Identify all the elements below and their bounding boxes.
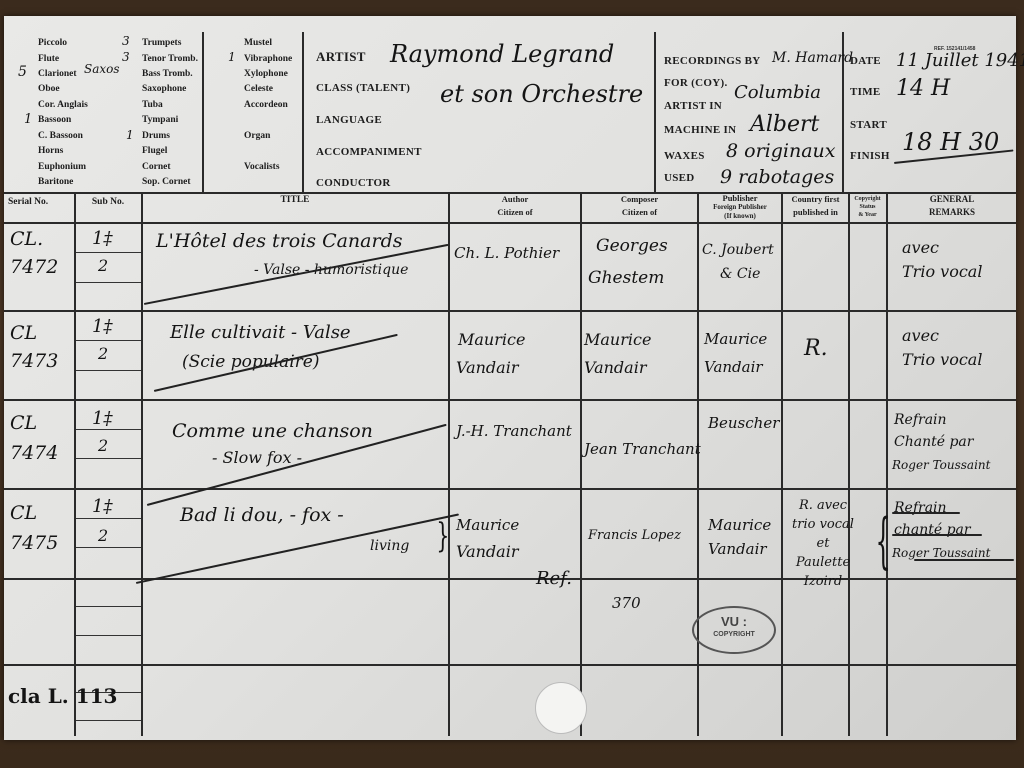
copyright-stamp: VU : COPYRIGHT (692, 606, 776, 654)
country-first-published: R. avec trio vocal et Paulette Izoird (790, 496, 856, 591)
remarks-line3: Roger Toussaint (892, 458, 990, 472)
header-publisher-line2: Foreign Publisher (699, 203, 781, 212)
header-sub: Sub No. (76, 194, 140, 210)
header-divider (4, 222, 1016, 224)
instrument-count: 3 (122, 50, 130, 64)
remarks-line2: Chanté par (894, 434, 973, 450)
recordings-by-label: RECORDINGS BY (664, 55, 761, 67)
instrument-flugel: Flugel (142, 146, 167, 156)
author: Ch. L. Pothier (454, 244, 559, 262)
composer-line1: Maurice (584, 330, 651, 349)
header-composer-line2: Citizen of (582, 206, 697, 219)
instrument-sop-cornet: Sop. Cornet (142, 177, 191, 187)
sub-number-2: 2 (98, 436, 108, 455)
date-label: DATE (850, 55, 881, 67)
time-value: 14 H (896, 76, 950, 101)
column-divider (74, 192, 76, 736)
instrument-vocalists: Vocalists (244, 162, 280, 172)
header-publisher-line1: Publisher (699, 193, 781, 203)
header-composer-line1: Composer (582, 193, 697, 206)
sub-number-2: 2 (98, 256, 108, 275)
page-note: 370 (612, 594, 641, 612)
finish-label: FINISH (850, 150, 890, 162)
remarks-line1: Refrain (894, 500, 947, 516)
author-line1: Maurice (458, 330, 525, 349)
instrument-flute: Flute (38, 54, 59, 64)
recording-sheet: Piccolo Flute 5 Clarionet Saxos Oboe Cor… (4, 16, 1016, 740)
title-line1: Bad li dou, - fox - (180, 504, 344, 526)
instrument-count: 1 (126, 128, 134, 142)
column-divider (697, 192, 699, 736)
remarks-strikethrough (892, 534, 982, 536)
instrument-organ: Organ (244, 131, 270, 141)
header-publisher-line3: (If known) (699, 212, 781, 221)
serial-prefix: CL (10, 322, 37, 344)
language-label: LANGUAGE (316, 114, 382, 126)
header-remarks: GENERAL REMARKS (888, 193, 1016, 219)
stamp-top-text: VU : (694, 614, 774, 629)
instrument-oboe: Oboe (38, 84, 60, 94)
sub-divider (76, 635, 141, 636)
header-author-line1: Author (450, 193, 580, 206)
brace: } (436, 516, 449, 556)
conductor-label: CONDUCTOR (316, 177, 391, 189)
instrument-cor-anglais: Cor. Anglais (38, 100, 88, 110)
sub-number-1: 1‡ (92, 496, 112, 517)
title-line2: - Slow fox - (212, 448, 302, 467)
sub-divider (76, 518, 141, 519)
sub-number-1: 1‡ (92, 408, 112, 429)
serial-number: 7474 (10, 442, 58, 464)
instrument-trumpets: Trumpets (142, 38, 181, 48)
instrument-horns: Horns (38, 146, 63, 156)
remarks-line1: avec (902, 326, 939, 345)
header-country-line1: Country first (783, 193, 848, 206)
machine-in-label: MACHINE IN (664, 124, 736, 136)
sub-divider (76, 429, 141, 430)
for-coy-label: FOR (COY). (664, 77, 728, 89)
instrument-count: 5 (18, 64, 27, 80)
serial-prefix: CL. (10, 228, 43, 250)
accompaniment-label: ACCOMPANIMENT (316, 146, 422, 158)
serial-number: 7475 (10, 532, 58, 554)
composer-line2: Vandair (584, 358, 646, 377)
instrument-baritone: Baritone (38, 177, 73, 187)
header-serial: Serial No. (8, 194, 70, 210)
instrument-mustel: Mustel (244, 38, 272, 48)
title-line1: Elle cultivait - Valse (170, 322, 351, 343)
composer: Francis Lopez (588, 528, 681, 543)
header-remarks-line2: REMARKS (888, 206, 1016, 219)
header-publisher: Publisher Foreign Publisher (If known) (699, 193, 781, 221)
instrument-bassoon: Bassoon (38, 115, 71, 125)
composer: Jean Tranchant (584, 440, 701, 458)
publisher-line1: C. Joubert (702, 242, 774, 258)
instrument-bass-tromb: Bass Tromb. (142, 69, 193, 79)
composer-line2: Ghestem (588, 268, 664, 288)
instrument-celeste: Celeste (244, 84, 273, 94)
used-label: USED (664, 172, 695, 184)
header-author-line2: Citizen of (450, 206, 580, 219)
instrument-saxophone: Saxophone (142, 84, 186, 94)
instrument-tenor-tromb: Tenor Tromb. (142, 54, 198, 64)
instrument-count: 1 (24, 112, 32, 127)
instrument-piccolo: Piccolo (38, 38, 67, 48)
row-divider (4, 664, 1016, 666)
column-divider (580, 192, 582, 736)
brace: { (875, 506, 890, 576)
instrument-tuba: Tuba (142, 100, 163, 110)
author-note: Ref. (536, 568, 572, 589)
artist-label: ARTIST (316, 49, 366, 65)
sub-number-1: 1‡ (92, 316, 112, 337)
header-country-line2: published in (783, 206, 848, 219)
instrument-xylophone: Xylophone (244, 69, 288, 79)
sub-divider (76, 340, 141, 341)
title-line2: living (370, 538, 409, 554)
remarks-line2: chanté par (894, 522, 971, 538)
remarks-line1: Refrain (894, 412, 947, 428)
row-divider (4, 310, 1016, 312)
instrument-note: Saxos (84, 62, 120, 76)
class-label: CLASS (TALENT) (316, 82, 410, 94)
instrument-clarionet: Clarionet (38, 69, 77, 79)
publisher-line1: Maurice (704, 330, 767, 348)
sub-divider (76, 282, 141, 283)
title-line2: - Valse - humoristique (254, 262, 408, 278)
sub-divider (76, 458, 141, 459)
time-label: TIME (850, 86, 881, 98)
serial-number: 7472 (10, 256, 58, 278)
divider (302, 32, 304, 192)
sub-divider (76, 720, 141, 721)
serial-prefix: CL (10, 502, 37, 524)
waxes-label: WAXES (664, 150, 705, 162)
sub-number-1: 1‡ (92, 228, 112, 249)
instrument-tympani: Tympani (142, 115, 178, 125)
author-line2: Vandair (456, 542, 518, 561)
divider (202, 32, 204, 192)
header-remarks-line1: GENERAL (888, 193, 1016, 206)
instrument-accordeon: Accordeon (244, 100, 288, 110)
instrument-count: 1 (228, 50, 236, 64)
sub-number-2: 2 (98, 526, 108, 545)
divider (654, 32, 656, 192)
composer-line1: Georges (596, 236, 668, 256)
serial-prefix: CL (10, 412, 37, 434)
column-divider (848, 192, 850, 736)
for-coy-value: Columbia (734, 82, 821, 103)
remarks-strikethrough (914, 559, 1014, 561)
instrument-count: 3 (122, 34, 130, 48)
remarks-line2: Trio vocal (902, 350, 982, 369)
column-divider (141, 192, 143, 736)
publisher-line2: & Cie (720, 266, 760, 282)
title-line1: Comme une chanson (172, 420, 373, 442)
punch-hole (535, 682, 587, 734)
artist-in-label: ARTIST IN (664, 100, 722, 112)
header-country: Country first published in (783, 193, 848, 219)
used-value: 9 rabotages (720, 166, 834, 188)
header-author: Author Citizen of (450, 193, 580, 219)
publisher-line2: Vandair (704, 358, 763, 376)
header-copyright-line2: Status (849, 203, 886, 211)
publisher-line2: Vandair (708, 540, 767, 558)
column-divider (781, 192, 783, 736)
remarks-strikethrough (892, 512, 960, 514)
publisher-line1: Maurice (708, 516, 771, 534)
footer-note: cla L. 113 (8, 684, 117, 708)
sub-divider (76, 252, 141, 253)
country-first-published: R. (804, 336, 828, 361)
author-line1: Maurice (456, 516, 519, 534)
instrument-c-bassoon: C. Bassoon (38, 131, 83, 141)
publisher: Beuscher (708, 414, 779, 432)
artist-value: Raymond Legrand (390, 40, 614, 68)
instrument-euphonium: Euphonium (38, 162, 86, 172)
column-divider (448, 192, 450, 736)
remarks-line3: Roger Toussaint (892, 546, 990, 560)
header-copyright-line1: Copyright (849, 195, 886, 203)
remarks-line2: Trio vocal (902, 262, 982, 281)
header-title: TITLE (142, 192, 448, 208)
header-copyright: Copyright Status & Year (849, 195, 886, 219)
sub-divider (76, 547, 141, 548)
sub-divider (76, 370, 141, 371)
author-line2: Vandair (456, 358, 518, 377)
date-value: 11 Juillet 1941 (896, 50, 1024, 71)
start-label: START (850, 119, 887, 131)
row-divider (4, 488, 1016, 490)
column-divider (886, 192, 888, 736)
remarks-line1: avec (902, 238, 939, 257)
recordings-by-value: M. Hamard (772, 50, 853, 66)
waxes-value: 8 originaux (726, 140, 835, 162)
author: J.-H. Tranchant (456, 422, 572, 440)
serial-number: 7473 (10, 350, 58, 372)
stamp-bottom-text: COPYRIGHT (694, 631, 774, 638)
title-line1: L'Hôtel des trois Canards (156, 230, 403, 252)
header-copyright-line3: & Year (849, 211, 886, 219)
machine-in-value: Albert (750, 112, 819, 137)
sub-divider (76, 606, 141, 607)
instrument-drums: Drums (142, 131, 170, 141)
instrument-cornet: Cornet (142, 162, 171, 172)
artist-value-line2: et son Orchestre (440, 80, 643, 108)
row-divider (4, 399, 1016, 401)
sub-number-2: 2 (98, 344, 108, 363)
instrument-vibraphone: Vibraphone (244, 54, 292, 64)
header-composer: Composer Citizen of (582, 193, 697, 219)
